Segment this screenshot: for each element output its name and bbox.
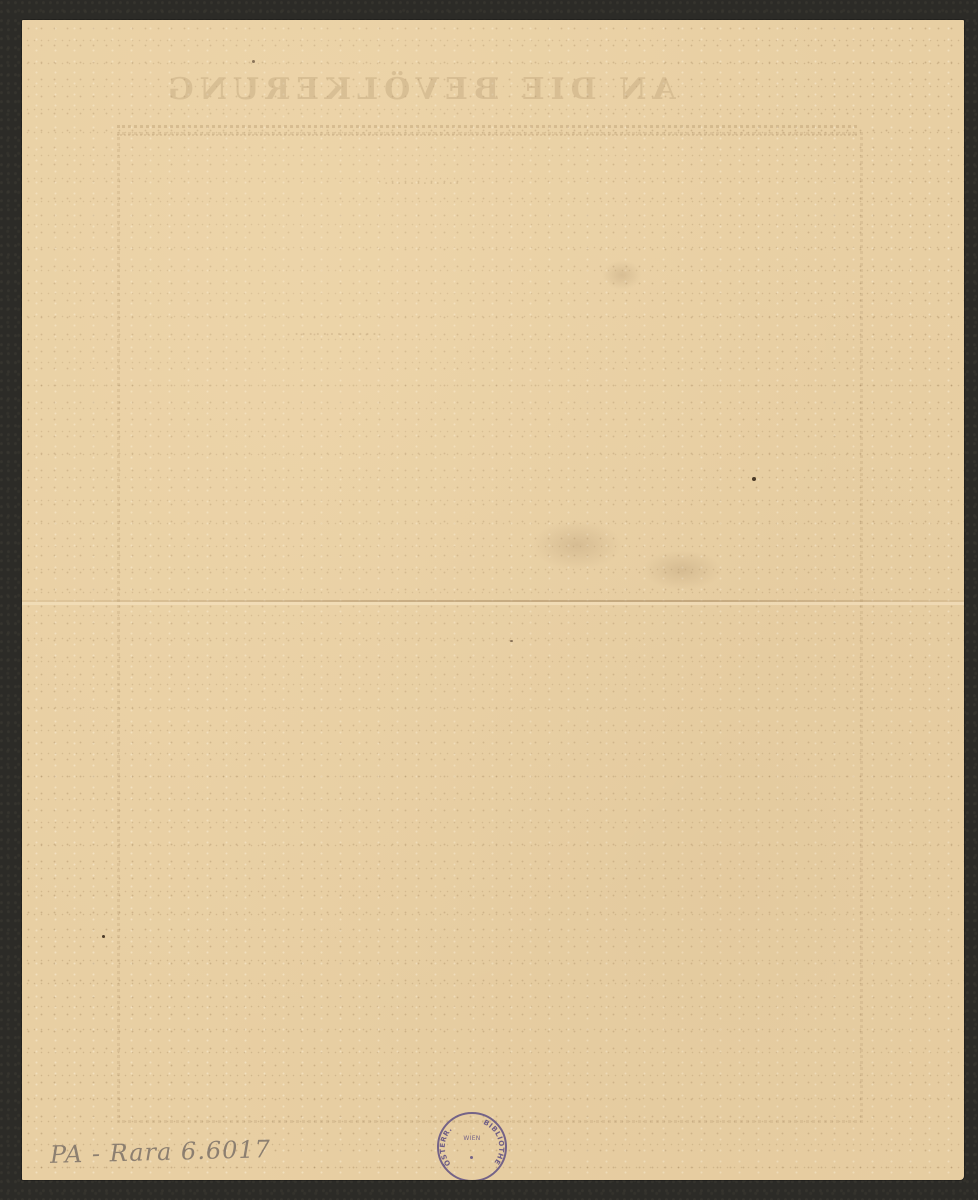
ink-spot <box>752 477 756 481</box>
pencil-shelfmark-annotation: PA - Rara 6.6017 <box>50 1135 272 1169</box>
ink-spot <box>510 640 513 642</box>
bleed-through-subtitle: ............ <box>382 172 459 188</box>
stamp-dot <box>470 1156 473 1159</box>
bleed-through-title: AN DIE BEVÖLKERUNG <box>162 72 676 107</box>
ink-spot <box>252 60 255 63</box>
paper-sheet: AN DIE BEVÖLKERUNG ............ ........… <box>22 20 964 1180</box>
svg-text:ÖSTERR.: ÖSTERR. <box>439 1125 454 1168</box>
smudge <box>532 520 622 570</box>
fold-highlight <box>22 602 964 605</box>
smudge <box>642 550 722 590</box>
smudge <box>602 260 642 290</box>
stamp-center-text: WIEN <box>439 1135 505 1142</box>
bleed-through-body: ............ <box>292 320 377 339</box>
stamp-arc-text-icon: ÖSTERR. BIBLIOTHEK <box>437 1112 507 1180</box>
bleed-through-frame <box>117 132 863 1123</box>
ink-spot <box>102 935 105 938</box>
library-stamp: ÖSTERR. BIBLIOTHEK WIEN <box>437 1112 507 1180</box>
